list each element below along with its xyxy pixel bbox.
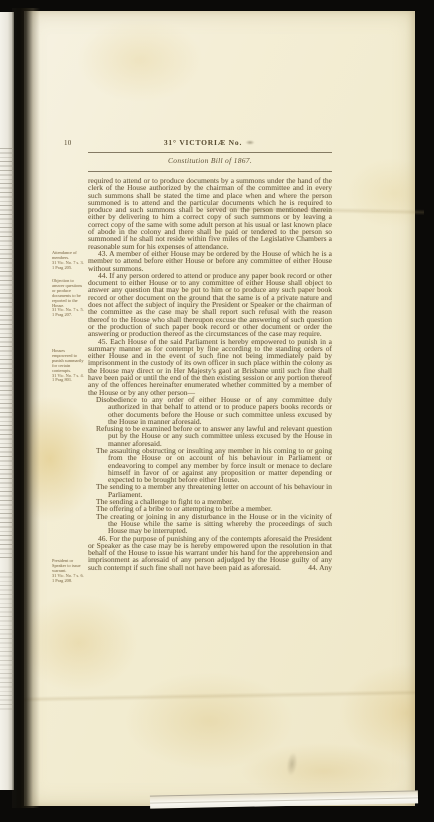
offence-item: The creating or joining in any disturban…: [88, 513, 332, 535]
offence-list: Disobedience to any order of either Hous…: [88, 396, 332, 535]
page-edge-line: [150, 797, 418, 803]
paper-crease: [24, 690, 415, 703]
paragraph-continuation: required to attend or to produce documen…: [88, 177, 332, 250]
document-title: Constitution Bill of 1867.: [88, 156, 332, 165]
section-45: 45. Each House of the said Parliament is…: [88, 338, 332, 396]
header-rule-top: [88, 152, 332, 153]
header-rule-bottom: [88, 171, 332, 172]
offence-item: Disobedience to any order of either Hous…: [88, 396, 332, 425]
document-page: 10 31° VICTORIÆ No. Constitution Bill of…: [24, 11, 415, 806]
section-43: 43. A member of either House may be orde…: [88, 250, 332, 272]
section-44: 44. If any person ordered to attend or p…: [88, 272, 332, 338]
gutter-shadow: [12, 8, 40, 808]
facing-page-text-lines: [0, 572, 12, 710]
running-header-text: 31° VICTORIÆ No.: [164, 138, 242, 147]
offence-item: The assaulting obstructing or insulting …: [88, 447, 332, 483]
facing-page-text-lines: [0, 148, 12, 558]
page-number: 10: [64, 139, 72, 147]
margin-note-punish-contempts: Houses empowered to punish summarily for…: [52, 349, 85, 383]
offence-item: The sending to a member any threatening …: [88, 483, 332, 498]
ink-smudge: [282, 745, 303, 783]
offence-item: Refusing to be examined before or to ans…: [88, 425, 332, 447]
margin-note-attendance: Attendance of members. 31 Vic. No. 7 s. …: [52, 251, 85, 271]
scan-background: 10 31° VICTORIÆ No. Constitution Bill of…: [0, 0, 434, 822]
running-header: 31° VICTORIÆ No.: [88, 138, 332, 147]
body-text-column: required to attend or to produce documen…: [88, 177, 332, 571]
margin-note-objection: Objection to answer questions or produce…: [52, 279, 85, 318]
smudged-number: [244, 139, 256, 146]
margin-note-warrant: President or Speaker to issue warrant. 3…: [52, 559, 85, 584]
